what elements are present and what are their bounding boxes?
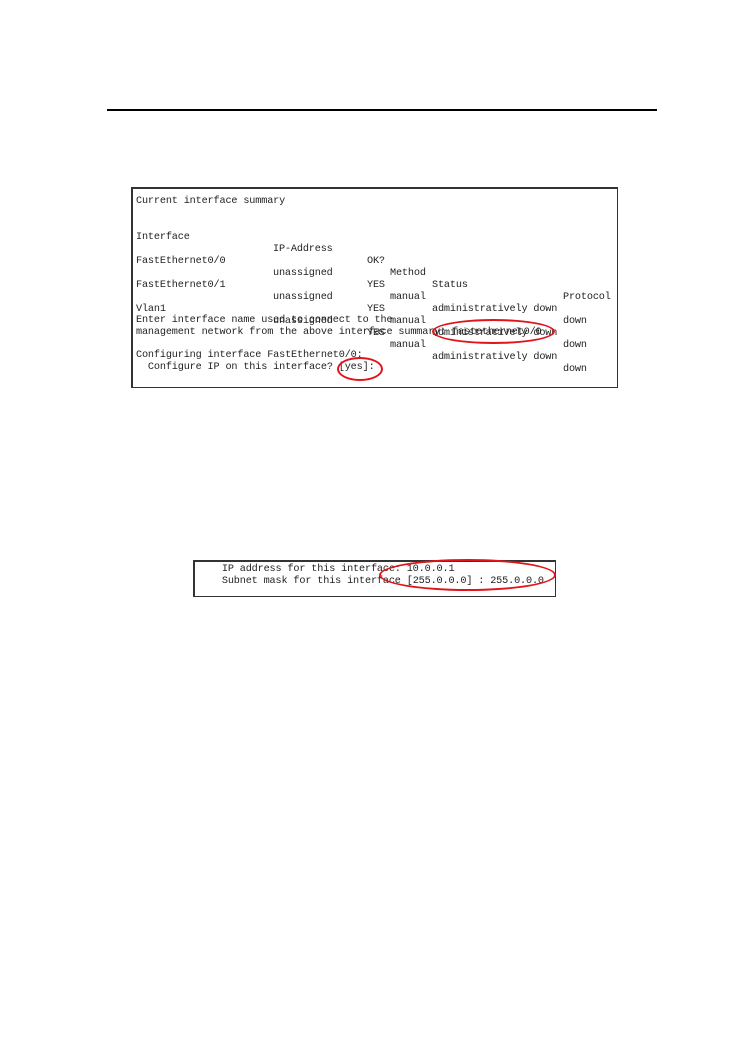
config-question: Configure IP on this interface?	[136, 362, 333, 373]
prompt-text: management network from the above interf…	[136, 327, 440, 338]
config-line: Configuring interface FastEthernet0/0:	[136, 350, 363, 362]
highlight-oval-yes-answer	[337, 357, 383, 381]
mask-label: Subnet mask for this interface	[198, 576, 401, 587]
cell-status: administratively down	[432, 352, 557, 364]
cell-protocol: down	[563, 364, 587, 376]
terminal-figure-ip-config: IP address for this interface: 10.0.0.1 …	[193, 560, 556, 597]
col-interface: Interface	[136, 232, 190, 244]
highlight-oval-ip-mask	[379, 559, 556, 591]
terminal-figure-interface-summary: Current interface summary Interface IP-A…	[131, 187, 618, 388]
ip-label: IP address for this interface	[198, 564, 395, 575]
cell-interface: FastEthernet0/0	[136, 256, 225, 268]
summary-title: Current interface summary	[136, 196, 285, 208]
prompt-line-1: Enter interface name used to connect to …	[136, 315, 392, 327]
cell-method: manual	[390, 340, 426, 352]
cell-interface: FastEthernet0/1	[136, 280, 225, 292]
highlight-oval-interface-answer	[432, 319, 555, 344]
header-rule	[107, 109, 657, 111]
